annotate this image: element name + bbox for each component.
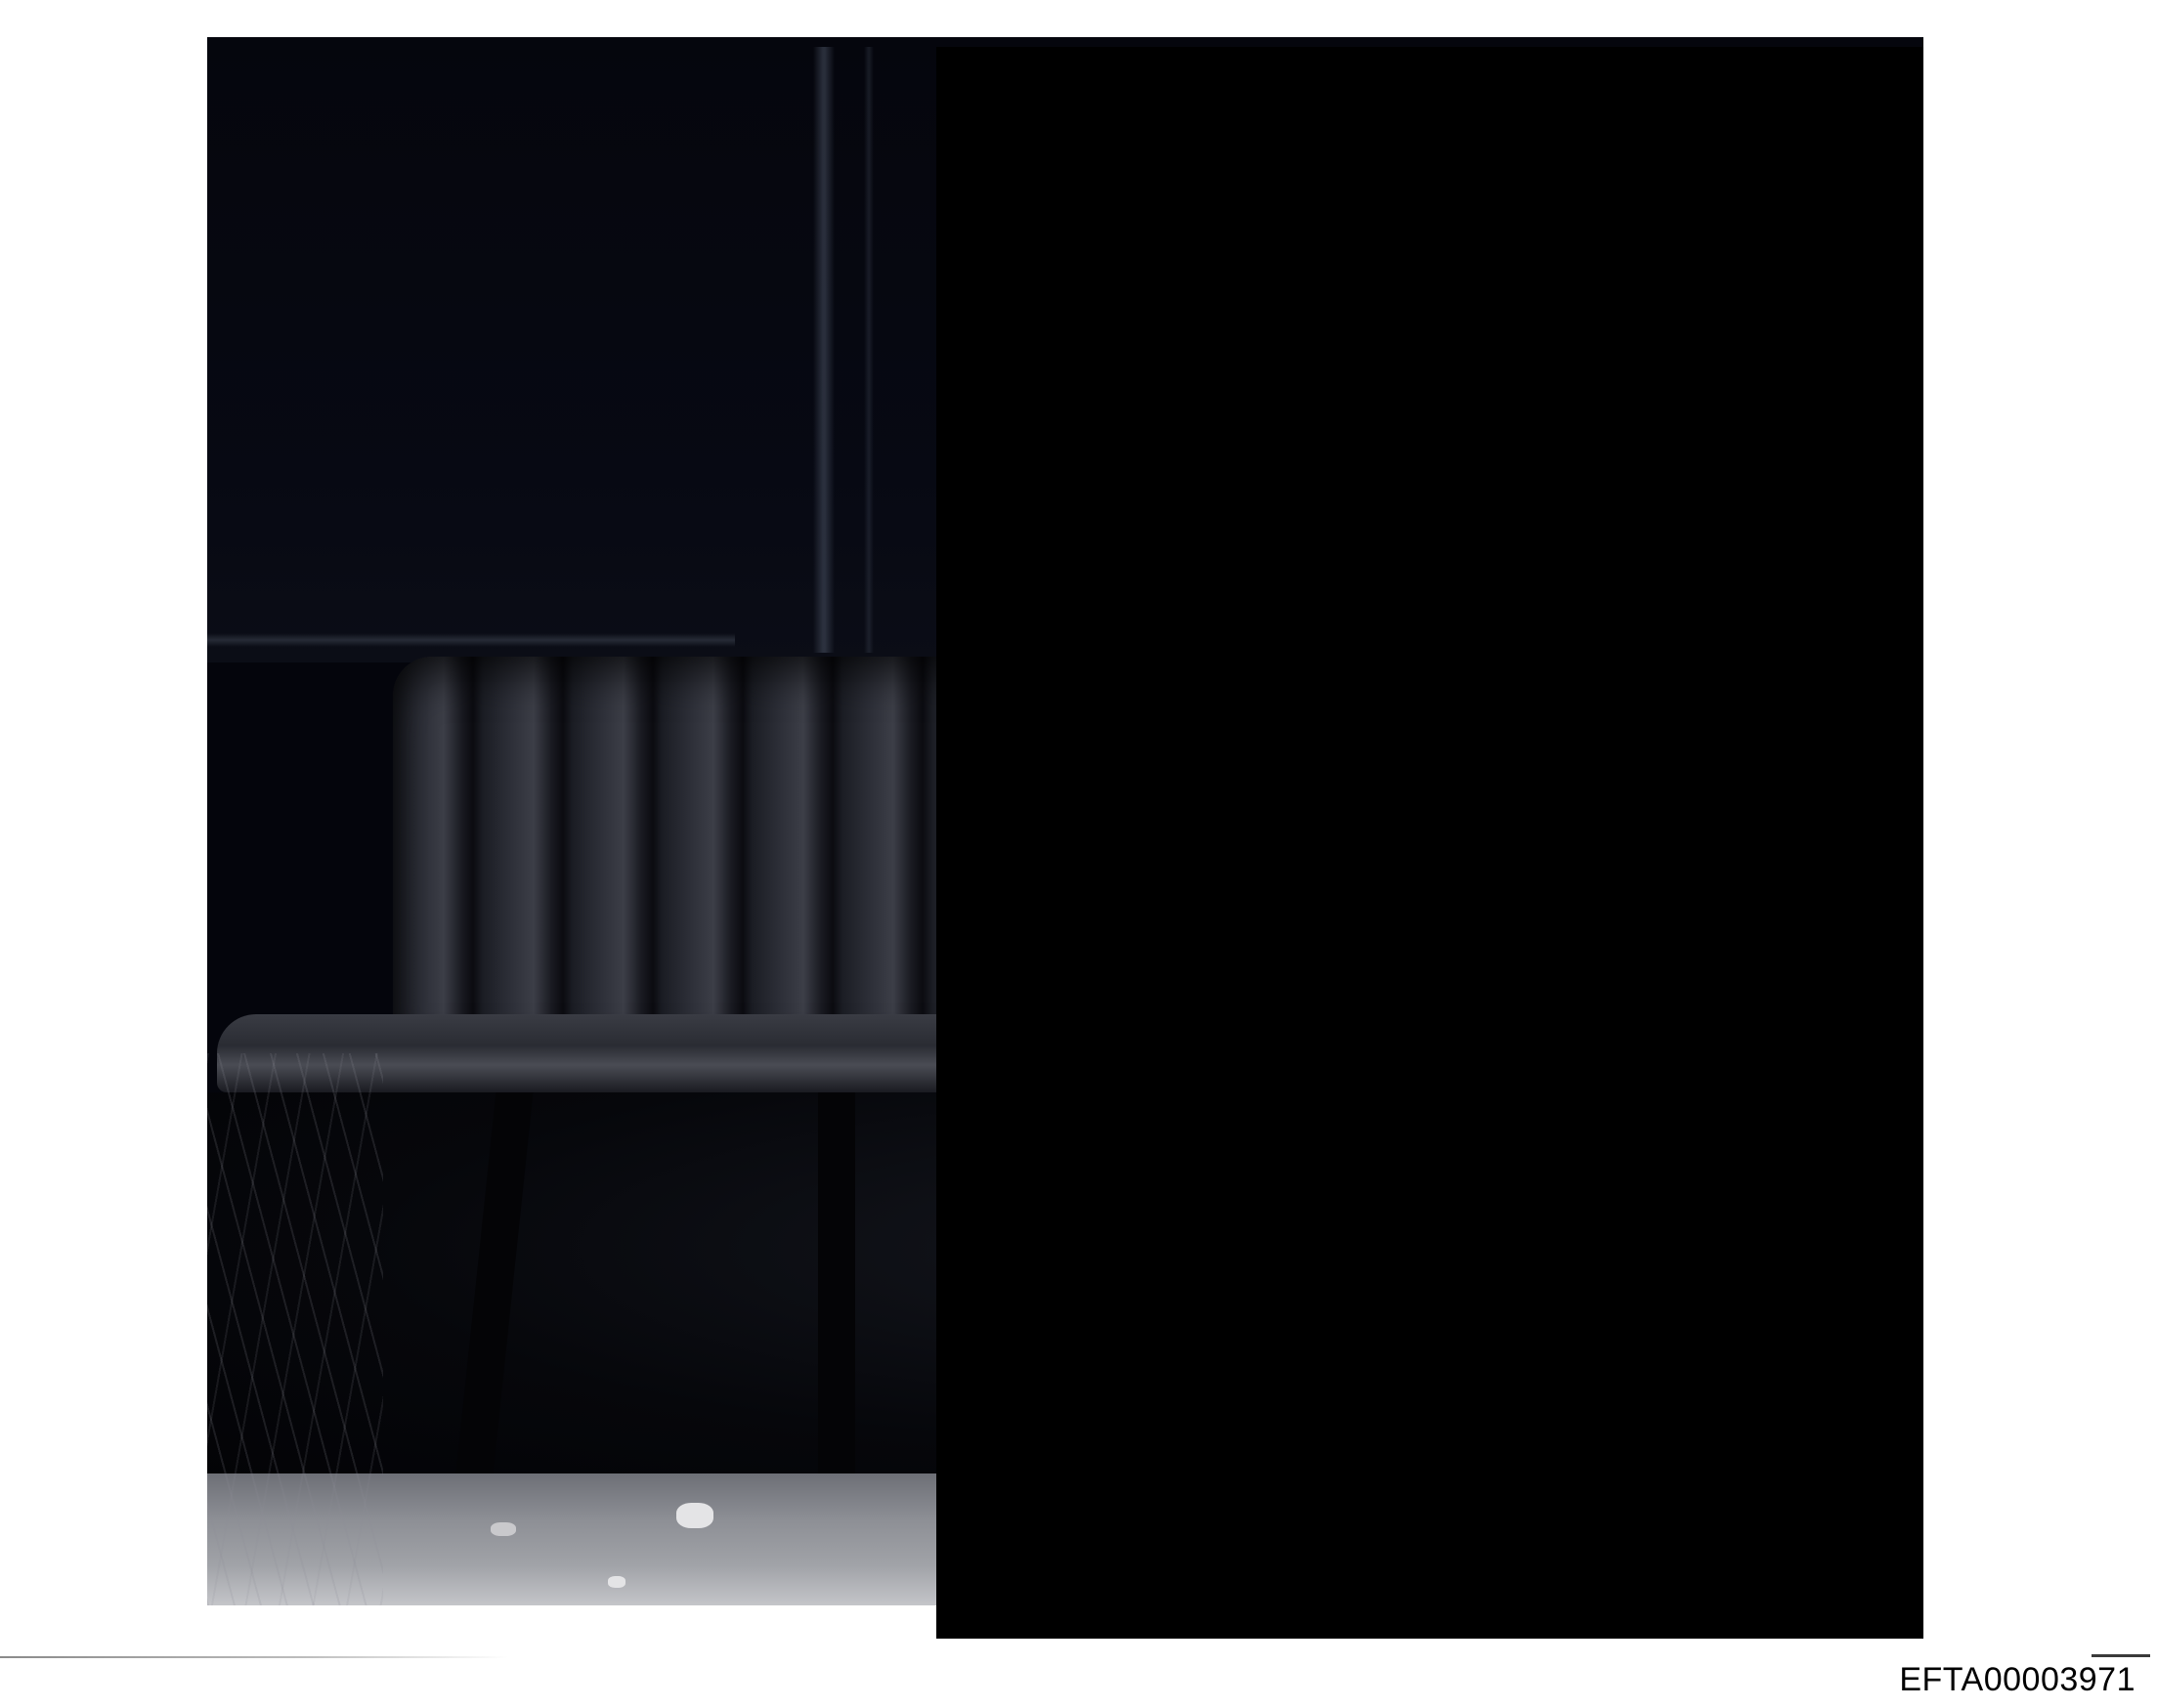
redaction-box: [936, 47, 1923, 1639]
scan-edge-line: [0, 1656, 508, 1658]
wall-pole: [813, 47, 835, 653]
bench-leg: [818, 1092, 855, 1473]
debris: [676, 1503, 713, 1528]
scan-edge-mark: [2092, 1654, 2150, 1657]
weeds: [207, 1053, 383, 1605]
debris: [491, 1522, 516, 1536]
wall-pole: [864, 47, 874, 653]
wall-ledge: [207, 633, 735, 647]
debris: [608, 1576, 626, 1588]
bates-number-label: EFTA00003971: [1899, 1663, 2135, 1696]
document-page: EFTA00003971: [0, 0, 2157, 1708]
